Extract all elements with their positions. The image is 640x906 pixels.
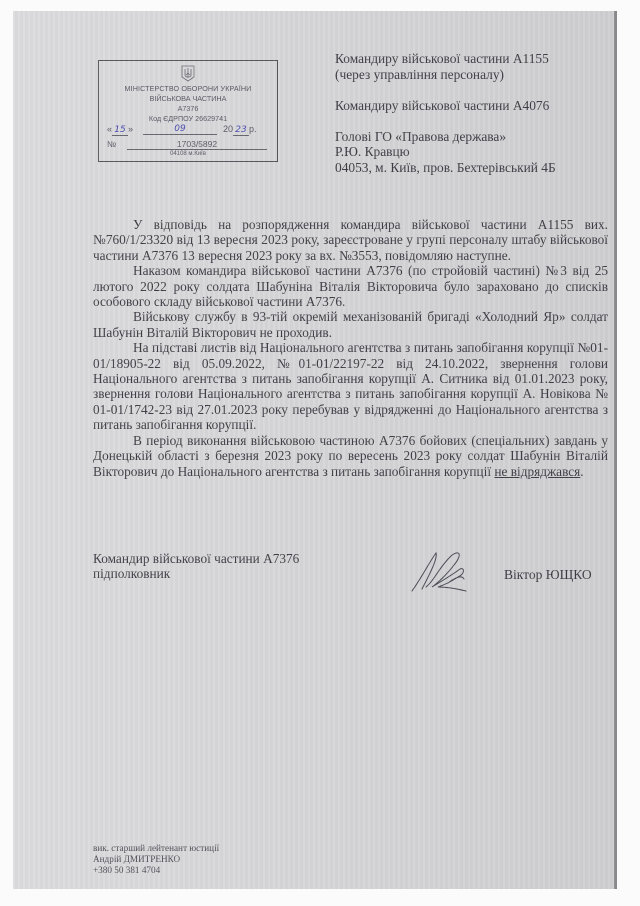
registration-stamp: МІНІСТЕРСТВО ОБОРОНИ УКРАЇНИ ВІЙСЬКОВА Ч… (98, 60, 278, 162)
stamp-date-month: 09 (143, 124, 217, 135)
paragraph-2: Наказом командира військової частини А73… (93, 263, 608, 309)
addressees-block: Командиру військової частини А1155 (чере… (335, 51, 556, 175)
executor-phone: +380 50 381 4704 (93, 865, 219, 876)
addressee-ngo: Голові ГО «Правова держава» Р.Ю. Кравцю … (335, 129, 556, 176)
stamp-outgoing-number: 1703/5892 (127, 139, 267, 150)
stamp-unit: А7376 (99, 104, 277, 113)
stamp-unit-label: ВІЙСЬКОВА ЧАСТИНА (99, 94, 277, 103)
paragraph-3: Військову службу в 93-тій окремій механі… (93, 309, 608, 340)
handwritten-signature-icon (408, 547, 480, 595)
stamp-address: 04108 м.Київ (99, 151, 277, 157)
stamp-date-day: 15 (112, 125, 128, 136)
paragraph-4: На підставі листів від Національного аге… (93, 340, 608, 432)
addressee-a1155: Командиру військової частини А1155 (чере… (335, 51, 556, 82)
trident-emblem-icon (181, 65, 195, 82)
stamp-date: «15» 09 2023р. (107, 124, 271, 136)
underlined-statement: не відряджався (494, 464, 580, 479)
paragraph-5: В період виконання військовою частиною А… (93, 433, 608, 479)
letter-body: У відповідь на розпорядження командира в… (93, 217, 608, 479)
stamp-ministry: МІНІСТЕРСТВО ОБОРОНИ УКРАЇНИ (99, 84, 277, 93)
stamp-edrpou: Код ЄДРПОУ 26629741 (99, 114, 277, 123)
scanned-letter-page: МІНІСТЕРСТВО ОБОРОНИ УКРАЇНИ ВІЙСЬКОВА Ч… (13, 11, 617, 889)
executor-info: вик. старший лейтенант юстиції Андрій ДМ… (93, 843, 219, 876)
paragraph-1: У відповідь на розпорядження командира в… (93, 217, 608, 263)
signatory-position: Командир військової частини А7376 підпол… (93, 551, 299, 582)
addressee-a4076: Командиру військової частини А4076 (335, 98, 556, 114)
stamp-date-year: 23 (233, 125, 249, 136)
stamp-number-row: № 1703/5892 (107, 139, 271, 150)
signatory-name: Віктор ЮЩКО (504, 567, 592, 583)
